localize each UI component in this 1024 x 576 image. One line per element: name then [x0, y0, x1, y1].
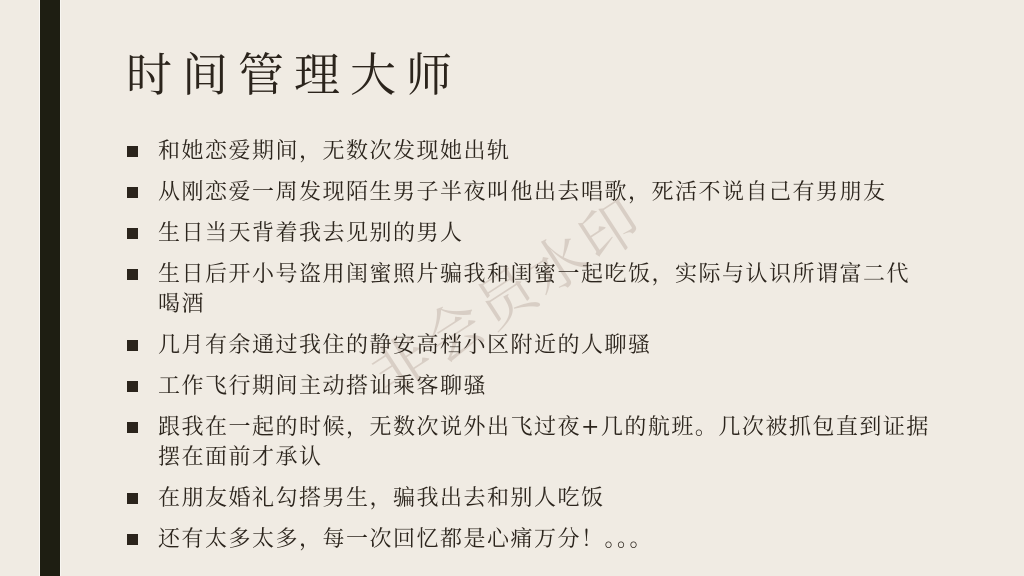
accent-bar	[40, 0, 60, 576]
bullet-text: 生日后开小号盗用闺蜜照片骗我和闺蜜一起吃饭，实际与认识所谓富二代喝酒	[158, 260, 933, 320]
bullet-square-icon	[127, 187, 138, 198]
bullet-text: 工作飞行期间主动搭讪乘客聊骚	[158, 372, 933, 402]
bullet-text: 从刚恋爱一周发现陌生男子半夜叫他出去唱歌，死活不说自己有男朋友	[158, 178, 933, 208]
bullet-item: 和她恋爱期间，无数次发现她出轨	[127, 137, 933, 167]
bullet-item: 工作飞行期间主动搭讪乘客聊骚	[127, 372, 933, 402]
bullet-text: 还有太多太多，每一次回忆都是心痛万分！。。。	[158, 525, 933, 555]
bullet-square-icon	[127, 269, 138, 280]
bullet-list: 和她恋爱期间，无数次发现她出轨从刚恋爱一周发现陌生男子半夜叫他出去唱歌，死活不说…	[127, 137, 933, 566]
slide-title: 时间管理大师	[126, 48, 462, 103]
bullet-text: 生日当天背着我去见别的男人	[158, 219, 933, 249]
bullet-item: 还有太多太多，每一次回忆都是心痛万分！。。。	[127, 525, 933, 555]
bullet-text: 在朋友婚礼勾搭男生，骗我出去和别人吃饭	[158, 484, 933, 514]
bullet-item: 在朋友婚礼勾搭男生，骗我出去和别人吃饭	[127, 484, 933, 514]
bullet-item: 生日后开小号盗用闺蜜照片骗我和闺蜜一起吃饭，实际与认识所谓富二代喝酒	[127, 260, 933, 320]
bullet-square-icon	[127, 340, 138, 351]
bullet-text: 跟我在一起的时候，无数次说外出飞过夜+几的航班。几次被抓包直到证据摆在面前才承认	[158, 413, 933, 473]
bullet-text: 几月有余通过我住的静安高档小区附近的人聊骚	[158, 331, 933, 361]
bullet-text: 和她恋爱期间，无数次发现她出轨	[158, 137, 933, 167]
bullet-item: 从刚恋爱一周发现陌生男子半夜叫他出去唱歌，死活不说自己有男朋友	[127, 178, 933, 208]
bullet-square-icon	[127, 146, 138, 157]
bullet-square-icon	[127, 534, 138, 545]
bullet-square-icon	[127, 228, 138, 239]
bullet-item: 生日当天背着我去见别的男人	[127, 219, 933, 249]
bullet-item: 跟我在一起的时候，无数次说外出飞过夜+几的航班。几次被抓包直到证据摆在面前才承认	[127, 413, 933, 473]
bullet-square-icon	[127, 381, 138, 392]
bullet-item: 几月有余通过我住的静安高档小区附近的人聊骚	[127, 331, 933, 361]
bullet-square-icon	[127, 422, 138, 433]
slide: 非会员水印 时间管理大师 和她恋爱期间，无数次发现她出轨从刚恋爱一周发现陌生男子…	[0, 0, 1024, 576]
bullet-square-icon	[127, 493, 138, 504]
